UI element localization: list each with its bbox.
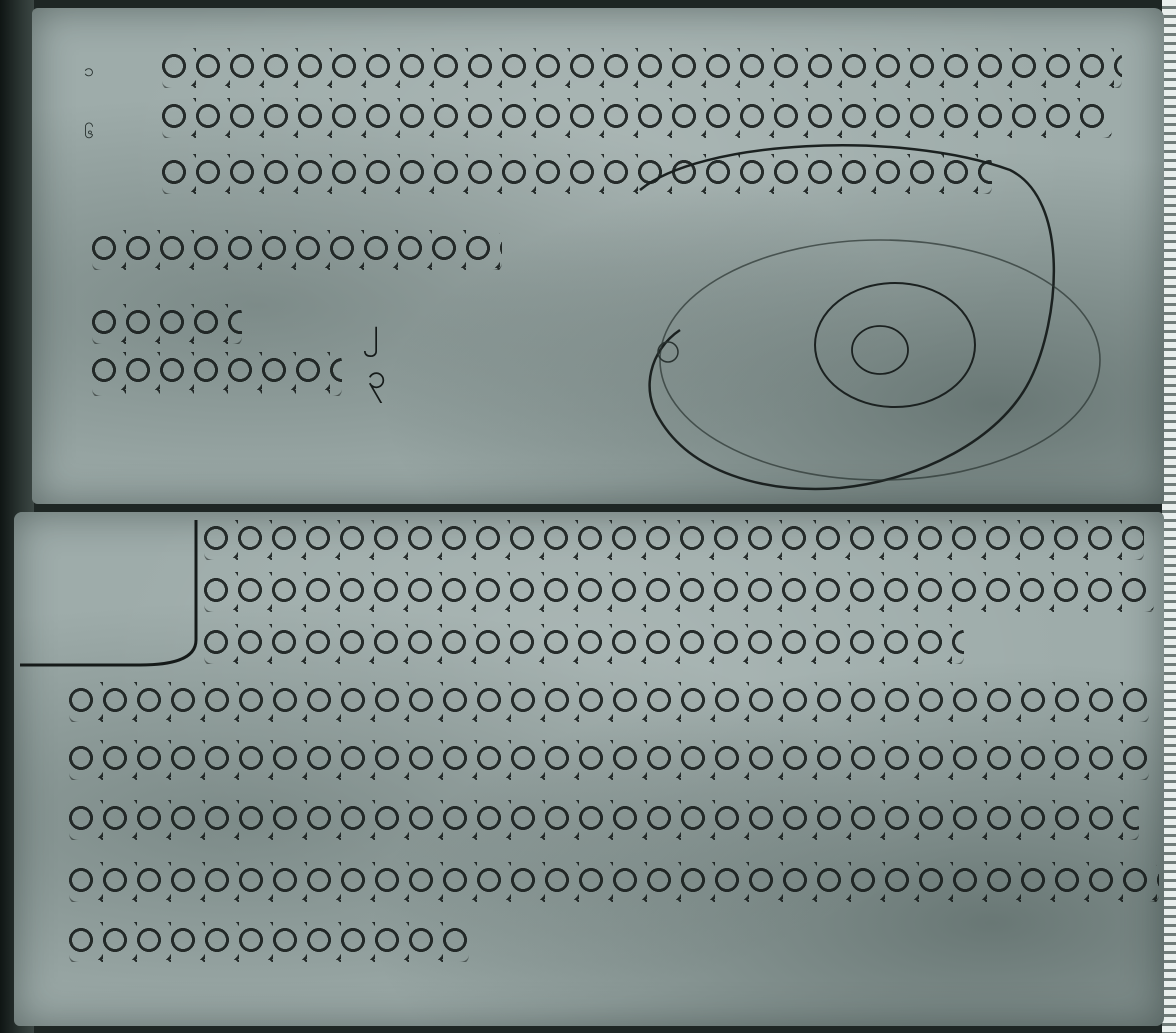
manuscript-line: [handwritten line 6 — illegible script] xyxy=(69,800,1139,840)
manuscript-line: [handwritten short line — illegible scri… xyxy=(92,352,342,396)
manuscript-line: [handwritten line 8 — illegible script] xyxy=(69,922,469,962)
numeral: ၂ xyxy=(362,308,379,359)
manuscript-line: [handwritten line 1 — illegible script] xyxy=(204,520,1144,560)
bottom-manuscript-panel: [handwritten line 1 — illegible script] … xyxy=(14,512,1164,1026)
manuscript-line: [handwritten line 3 — illegible script] xyxy=(204,624,964,664)
manuscript-line: [handwritten line 2 — illegible script] xyxy=(204,572,1154,612)
right-edge-paper-stack xyxy=(1162,0,1176,1033)
manuscript-line: [handwritten line 3 — illegible script] xyxy=(162,154,992,194)
manuscript-line: [handwritten line 5 — illegible script] xyxy=(69,740,1149,780)
manuscript-line: [handwritten line 2 — illegible script] xyxy=(162,98,1112,138)
margin-mark: ၆ xyxy=(84,120,94,147)
manuscript-line: [handwritten short line — illegible scri… xyxy=(92,304,242,344)
manuscript-line: [handwritten line 4 — illegible script] xyxy=(69,682,1149,722)
manuscript-line: [handwritten line 1 — illegible script] xyxy=(162,48,1122,88)
numeral: ၃ xyxy=(367,354,386,405)
manuscript-heading-line: [handwritten heading line — illegible sc… xyxy=(92,230,502,270)
manuscript-line: [handwritten line 7 — illegible script] xyxy=(69,862,1159,902)
margin-mark: ၁ xyxy=(84,58,94,85)
top-manuscript-panel: ၁ ၆ [handwritten line 1 — illegible scri… xyxy=(32,8,1164,504)
